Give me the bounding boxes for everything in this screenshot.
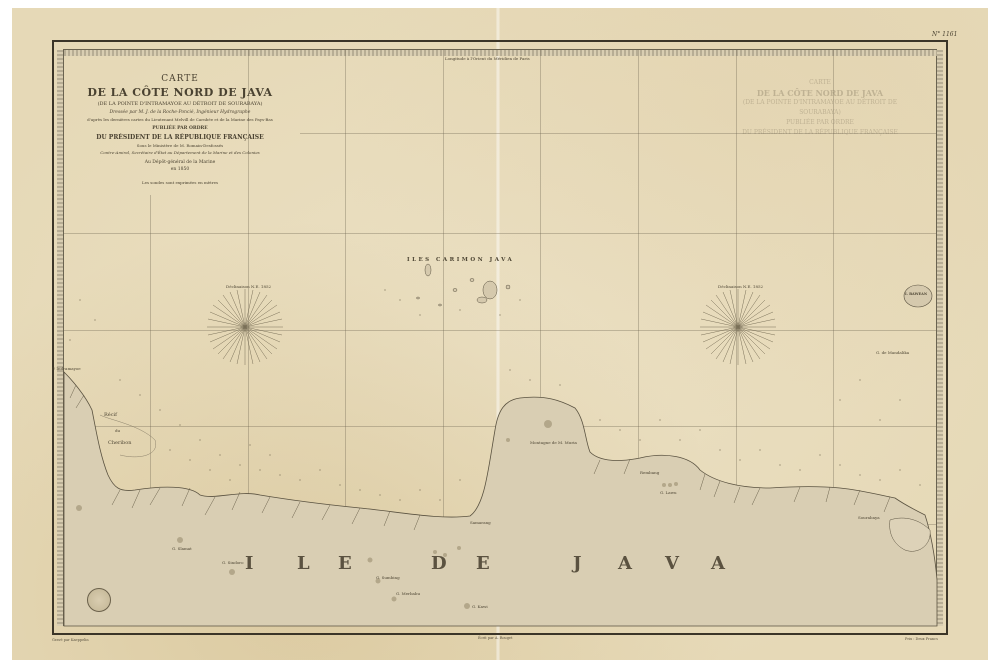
depth-soundings: [0, 0, 1000, 671]
price-label: Prix : Deux Francs: [905, 637, 938, 641]
writer-credit: Écrit par A. Rouget: [478, 636, 512, 640]
engraver-credit: Gravé par Kaeppelin: [52, 638, 89, 642]
stamp-seal: [87, 588, 111, 612]
